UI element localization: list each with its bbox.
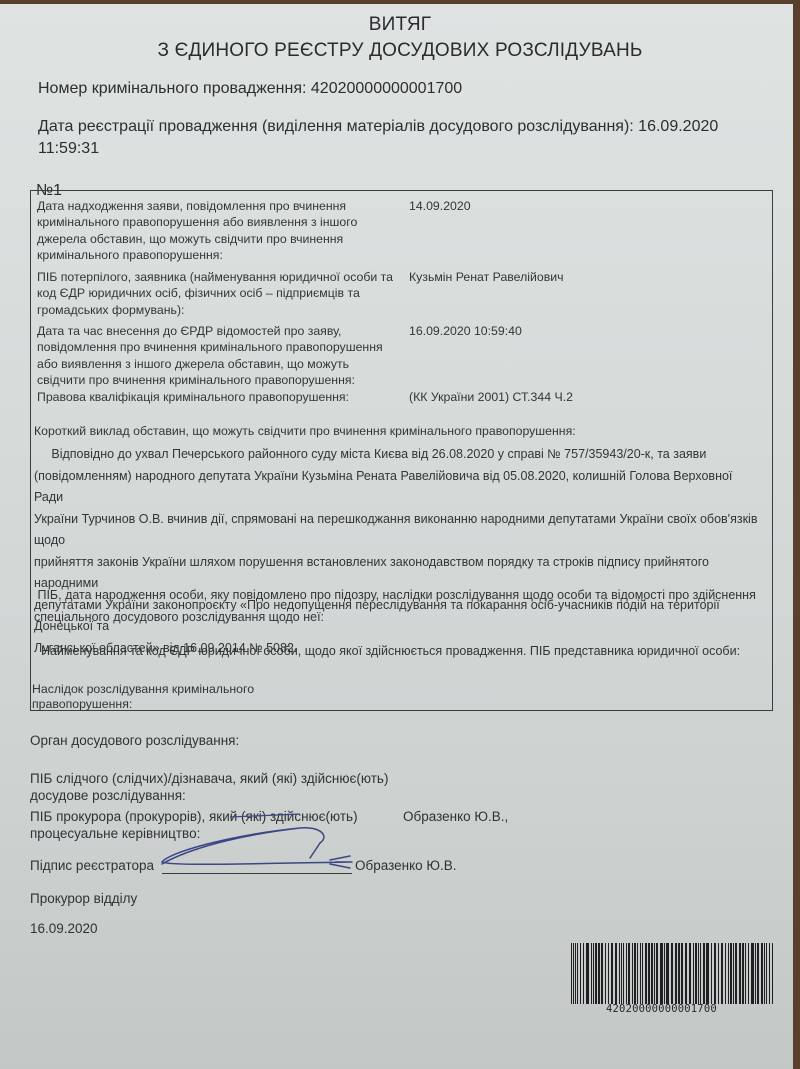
registration-date: Дата реєстрації провадження (виділення м… bbox=[38, 118, 718, 136]
document-title: ВИТЯГ bbox=[0, 14, 800, 36]
document-date: 16.09.2020 bbox=[30, 920, 98, 937]
field-value-legal-qualification: (КК України 2001) СТ.344 Ч.2 bbox=[409, 389, 573, 405]
suspect-label: ПІБ, дата народження особи, яку повідомл… bbox=[34, 585, 764, 628]
outcome-label-line: правопорушення: bbox=[32, 697, 254, 712]
registrar-name: Образенко Ю.В. bbox=[355, 857, 457, 874]
summary-line: України Турчинов О.В. вчинив дії, спрямо… bbox=[34, 509, 764, 552]
outcome-label: Наслідок розслідування кримінального пра… bbox=[32, 682, 254, 712]
record-table: Дата надходження заяви, повідомлення про… bbox=[30, 190, 773, 711]
field-value-applicant: Кузьмін Ренат Равелійович bbox=[409, 269, 564, 285]
barcode-number: 42020000000001700 bbox=[606, 1003, 717, 1015]
prosecutor-label: ПІБ прокурора (прокурорів), який (які) з… bbox=[30, 808, 358, 842]
signature-line bbox=[162, 873, 352, 874]
registration-time: 11:59:31 bbox=[38, 140, 99, 158]
case-number: Номер кримінального провадження: 4202000… bbox=[38, 80, 462, 98]
investigator-label: ПІБ слідчого (слідчих)/дізнавача, який (… bbox=[30, 770, 388, 804]
investigation-body-label: Орган досудового розслідування: bbox=[30, 732, 239, 749]
field-label-applicant: ПІБ потерпілого, заявника (найменування … bbox=[37, 269, 397, 318]
outcome-label-line: Наслідок розслідування кримінального bbox=[32, 682, 254, 697]
investigator-label-line: досудове розслідування: bbox=[30, 787, 388, 804]
field-value-entry-datetime: 16.09.2020 10:59:40 bbox=[409, 323, 522, 339]
position-title: Прокурор відділу bbox=[30, 890, 137, 907]
document-page: ВИТЯГ З ЄДИНОГО РЕЄСТРУ ДОСУДОВИХ РОЗСЛІ… bbox=[0, 4, 793, 1069]
legal-entity-label: Найменування та код ЄДР юридичної особи,… bbox=[34, 641, 764, 663]
document-subtitle: З ЄДИНОГО РЕЄСТРУ ДОСУДОВИХ РОЗСЛІДУВАНЬ bbox=[0, 40, 800, 62]
summary-line: (повідомленням) народного депутата Украї… bbox=[34, 466, 764, 509]
registrar-signature-label: Підпис реєстратора bbox=[30, 857, 154, 874]
summary-label: Короткий виклад обставин, що можуть свід… bbox=[34, 423, 764, 439]
field-label-entry-datetime: Дата та час внесення до ЄРДР відомостей … bbox=[37, 323, 397, 388]
suspect-label-line: ПІБ, дата народження особи, яку повідомл… bbox=[34, 585, 764, 607]
prosecutor-name: Образенко Ю.В., bbox=[403, 808, 508, 825]
field-value-application-date: 14.09.2020 bbox=[409, 198, 471, 214]
field-label-legal-qualification: Правова кваліфікація кримінального право… bbox=[37, 389, 417, 405]
suspect-label-line: спеціального досудового розслідування що… bbox=[34, 607, 764, 629]
prosecutor-label-line: процесуальне керівництво: bbox=[30, 825, 358, 842]
investigator-label-line: ПІБ слідчого (слідчих)/дізнавача, який (… bbox=[30, 770, 388, 787]
field-label-application-date: Дата надходження заяви, повідомлення про… bbox=[37, 198, 397, 263]
barcode bbox=[571, 943, 774, 1004]
prosecutor-label-line: ПІБ прокурора (прокурорів), який (які) з… bbox=[30, 808, 358, 825]
summary-line: Відповідно до ухвал Печерського районног… bbox=[34, 444, 764, 466]
